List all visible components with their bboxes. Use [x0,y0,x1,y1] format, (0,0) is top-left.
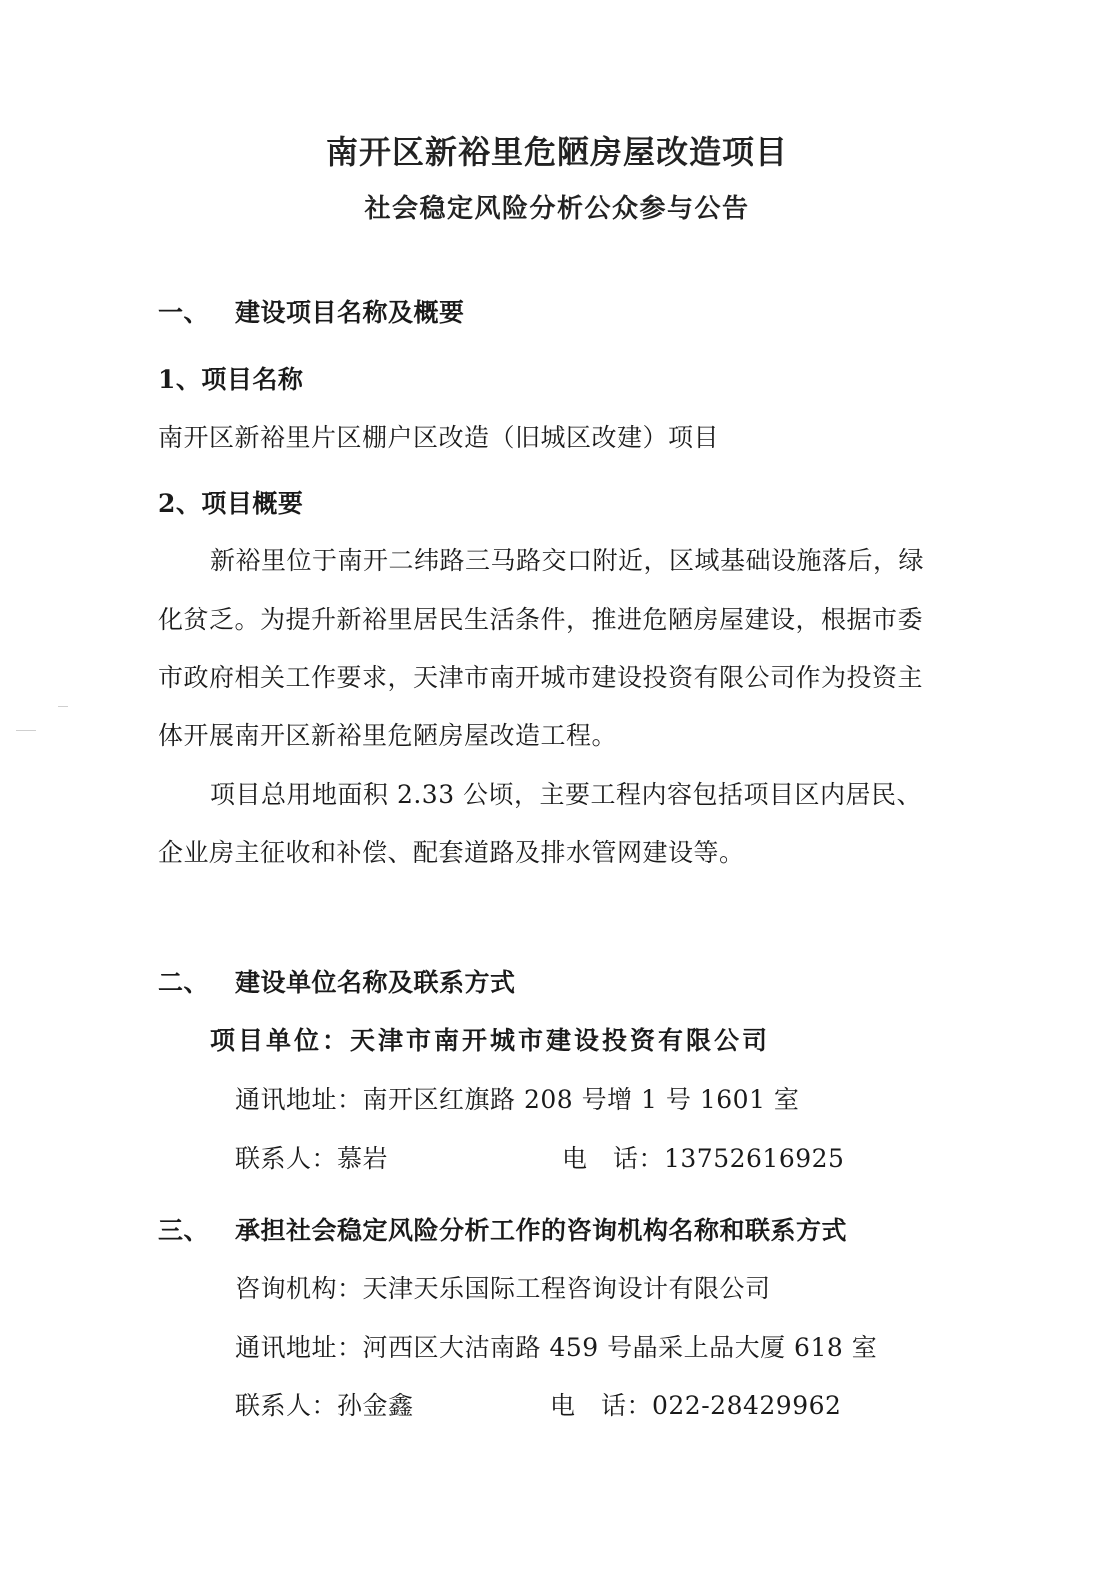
section-2-number: 二、 [158,970,209,995]
agency-address: 通讯地址：河西区大沽南路 459 号晶采上品大厦 618 室 [235,1335,877,1360]
overview-para2-line1: 项目总用地面积 2.33 公顷，主要工程内容包括项目区内居民、 [210,782,922,807]
unit-address: 通讯地址：南开区红旗路 208 号增 1 号 1601 室 [235,1087,799,1112]
overview-para1-line3: 市政府相关工作要求，天津市南开城市建设投资有限公司作为投资主 [158,665,923,690]
document-page: { "title": { "main": "南开区新裕里危陋房屋改造项目", "… [0,0,1114,1575]
section-3-heading: 承担社会稳定风险分析工作的咨询机构名称和联系方式 [235,1218,847,1243]
item-2-label: 2、项目概要 [158,491,303,516]
scan-artifact [58,706,68,707]
agency-phone: 电 话：022-28429962 [550,1393,841,1418]
scan-artifact [16,730,36,731]
item-1-label: 1、项目名称 [158,367,303,392]
consulting-agency: 咨询机构：天津天乐国际工程咨询设计有限公司 [235,1276,771,1301]
overview-para1-line1: 新裕里位于南开二纬路三马路交口附近，区域基础设施落后，绿 [210,548,924,573]
project-name: 南开区新裕里片区棚户区改造（旧城区改建）项目 [158,425,719,450]
document-title: 南开区新裕里危陋房屋改造项目 [0,136,1114,168]
overview-para2-line2: 企业房主征收和补偿、配套道路及排水管网建设等。 [158,840,745,865]
agency-contact-person: 联系人：孙金鑫 [235,1393,414,1418]
section-1-heading: 建设项目名称及概要 [235,300,465,325]
section-3-number: 三、 [158,1218,209,1243]
unit-phone: 电 话：13752616925 [562,1146,844,1171]
construction-unit: 项目单位：天津市南开城市建设投资有限公司 [210,1028,770,1053]
section-2-heading: 建设单位名称及联系方式 [235,970,516,995]
section-1-number: 一、 [158,300,209,325]
overview-para1-line4: 体开展南开区新裕里危陋房屋改造工程。 [158,723,617,748]
overview-para1-line2: 化贫乏。为提升新裕里居民生活条件，推进危陋房屋建设，根据市委 [158,607,923,632]
unit-contact-person: 联系人：慕岩 [235,1146,388,1171]
document-subtitle: 社会稳定风险分析公众参与公告 [0,196,1114,222]
